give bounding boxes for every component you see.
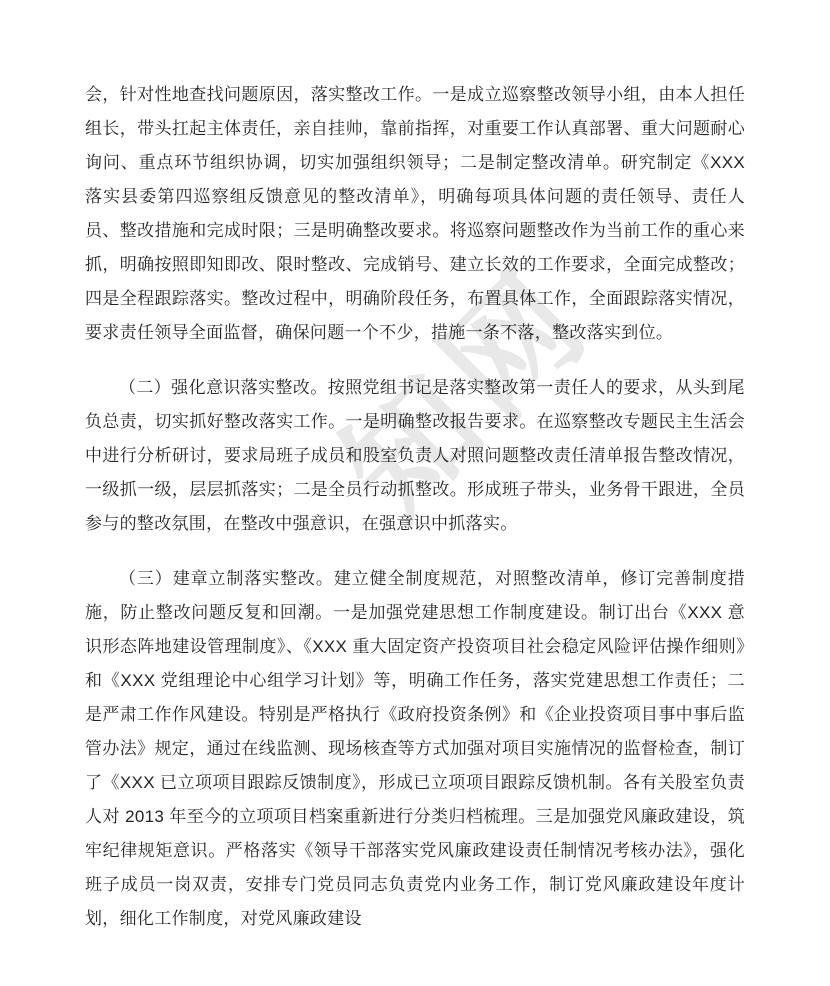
paragraph-continuation: 会，针对性地查找问题原因，落实整改工作。一是成立巡察整改领导小组，由本人担任组长… [85, 78, 745, 350]
paragraph-section-3: （三）建章立制落实整改。建立健全制度规范，对照整改清单，修订完善制度措施，防止整… [85, 562, 745, 936]
document-page: 知网 会，针对性地查找问题原因，落实整改工作。一是成立巡察整改领导小组，由本人担… [0, 0, 830, 986]
document-content: 会，针对性地查找问题原因，落实整改工作。一是成立巡察整改领导小组，由本人担任组长… [0, 0, 830, 936]
paragraph-section-2: （二）强化意识落实整改。按照党组书记是落实整改第一责任人的要求，从头到尾负总责，… [85, 371, 745, 541]
